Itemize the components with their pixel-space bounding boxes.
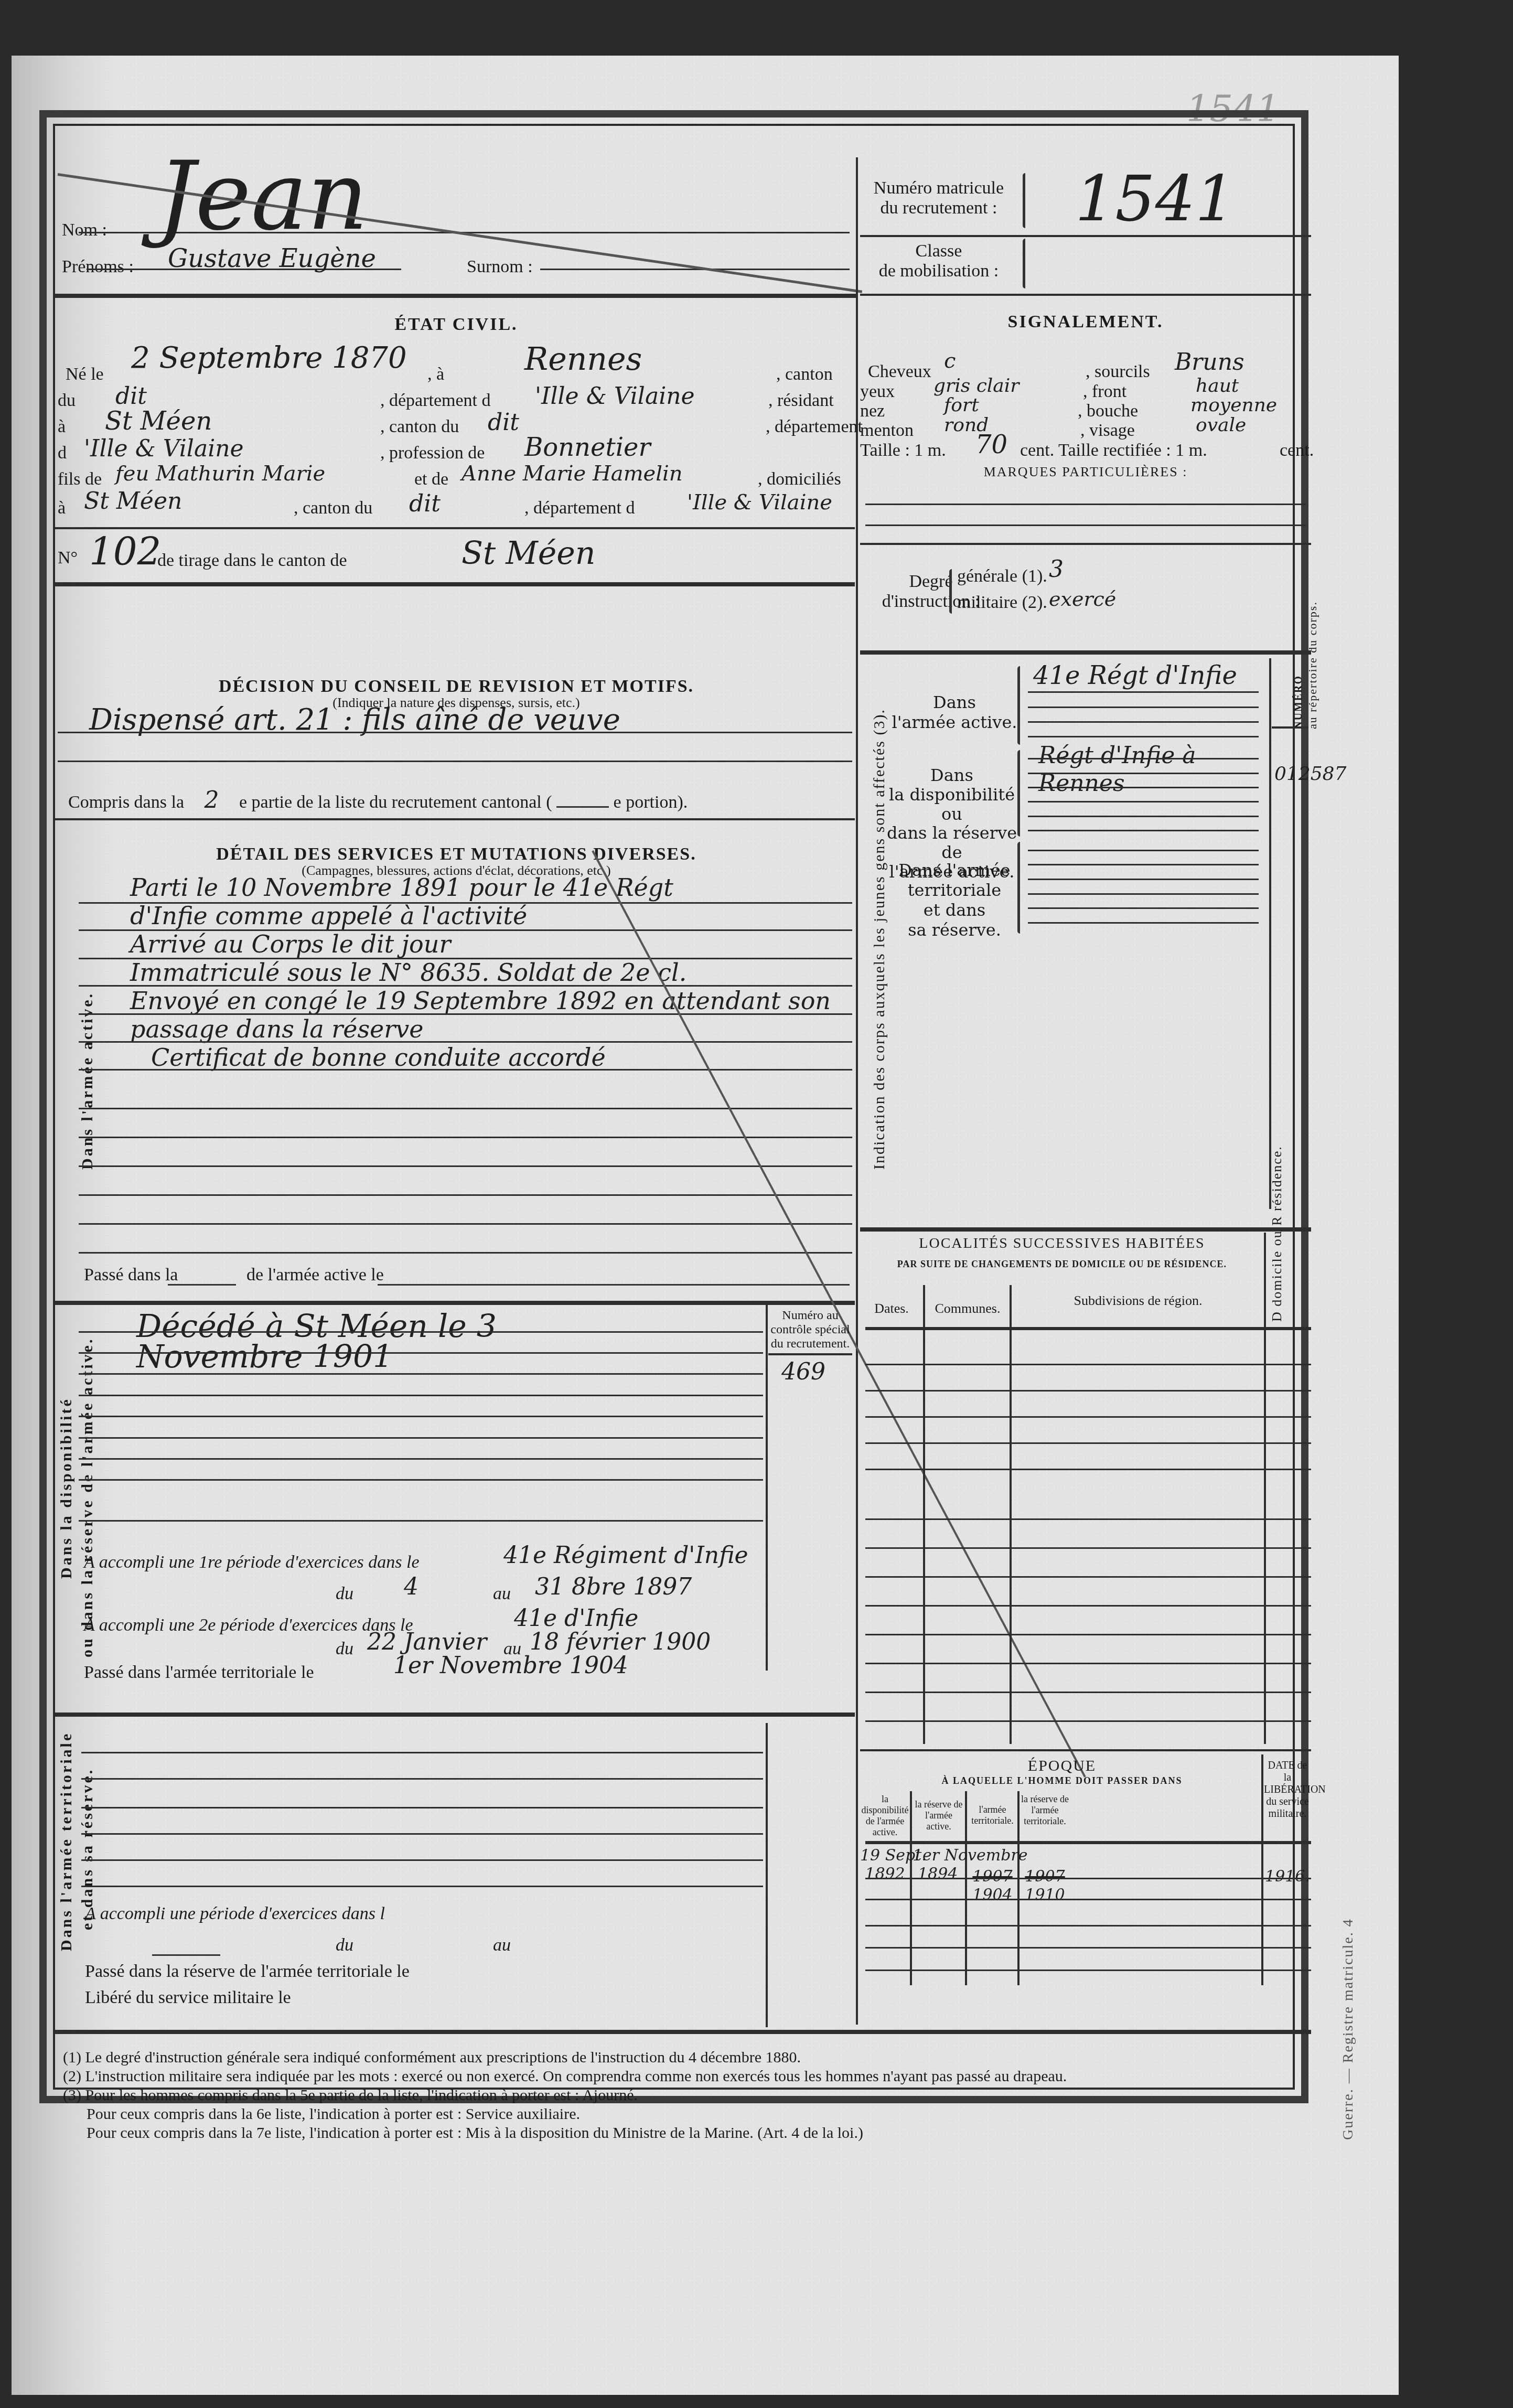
corps-disponibilite-value: Régt d'Infie à Rennes <box>1038 742 1259 798</box>
identity-bottom-rule <box>55 294 857 298</box>
services-line <box>79 929 852 931</box>
residant-label: , résidant <box>768 391 834 411</box>
corps-section-active-label: Dans l'armée active. <box>892 692 1017 732</box>
epoque-col-reserve-territoriale: la réserve de l'armée territoriale. <box>1020 1794 1070 1827</box>
services-line <box>79 1013 852 1015</box>
corps-active-value: 41e Régt d'Infie <box>1033 661 1237 690</box>
services-line <box>79 1252 852 1254</box>
domicilies-label: , domiciliés <box>758 469 841 489</box>
footnotes: (1) Le degré d'instruction générale sera… <box>63 2048 1067 2143</box>
brace <box>949 569 952 614</box>
corps-numero-divider <box>1269 658 1271 1209</box>
residant-a-label: à <box>58 417 66 437</box>
services-line <box>79 985 852 987</box>
marques-line-1 <box>865 504 1306 505</box>
footnote-2: (2) L'instruction militaire sera indiqué… <box>63 2067 1067 2086</box>
decision-line-1 <box>58 732 852 733</box>
canton3-label: , canton du <box>294 498 372 518</box>
corps-line <box>1028 864 1259 865</box>
visage-value: ovale <box>1196 414 1246 436</box>
epoque-title: ÉPOQUE <box>860 1757 1264 1775</box>
generale-label: générale (1). <box>957 566 1047 586</box>
compris-label-1: Compris dans la <box>68 793 184 812</box>
corps-line <box>1028 830 1259 831</box>
localites-row <box>865 1634 1311 1635</box>
localites-row <box>865 1469 1311 1470</box>
epoque-col-territoriale: l'armée territoriale. <box>968 1804 1017 1826</box>
services-line <box>79 1194 852 1196</box>
yeux-label: yeux <box>860 382 895 402</box>
domicile-value: St Méen <box>84 488 182 515</box>
reserve-line: Novembre 1901 <box>136 1342 497 1372</box>
cheveux-value: c <box>944 349 956 373</box>
militaire-value: exercé <box>1049 587 1116 611</box>
localites-col-divider <box>923 1285 925 1744</box>
epoque-value-line2: 1892 <box>860 1865 910 1883</box>
footnote-3: (3) Pour les hommes compris dans la 5e p… <box>63 2086 1067 2105</box>
localites-col-divider <box>1010 1285 1012 1744</box>
periode2-du-label: du <box>336 1639 353 1659</box>
corps-line <box>1028 879 1259 880</box>
localites-header-rule <box>865 1327 1311 1330</box>
ne-le-label: Né le <box>66 365 104 384</box>
portion-blank <box>556 806 609 808</box>
territoriale-label: Passé dans l'armée territoriale le <box>84 1663 314 1683</box>
tirage-no-value: 102 <box>89 530 161 574</box>
col-dates: Dates. <box>860 1301 923 1317</box>
reserve-line-rule <box>79 1395 763 1396</box>
brace <box>1017 750 1020 837</box>
epoque-row <box>865 1878 1311 1879</box>
reserve-line-rule <box>79 1479 763 1481</box>
reserve-bottom-rule <box>55 1713 855 1717</box>
canton-value: dit <box>115 383 147 410</box>
services-line <box>79 1108 852 1109</box>
decision-bottom-rule <box>55 818 855 820</box>
canton-label: , canton <box>776 365 833 384</box>
cent-label: cent. <box>1280 441 1314 461</box>
corps-line <box>1028 707 1259 708</box>
reserve-line-rule <box>79 1520 763 1522</box>
territoriale-line <box>81 1807 763 1808</box>
epoque-value-line1: 19 Sept. <box>860 1846 910 1865</box>
localites-row <box>865 1364 1311 1365</box>
controle-label: Numéro au contrôle spécial du recrutemen… <box>768 1309 852 1351</box>
epoque-top-rule <box>860 1749 1311 1751</box>
epoque-col-divider <box>1017 1791 1020 1985</box>
du-label: du <box>58 391 76 411</box>
epoque-value-struck: 1907 <box>1020 1867 1070 1886</box>
compris-value: 2 <box>204 787 219 814</box>
corps-line <box>1028 922 1259 924</box>
service-line: Immatriculé sous le N° 8635. Soldat de 2… <box>130 958 831 987</box>
taille-value: 70 <box>975 430 1007 459</box>
corps-line <box>1028 801 1259 802</box>
brace <box>1023 173 1025 228</box>
epoque-value-struck: 1907 <box>968 1867 1017 1886</box>
departement3-value: 'Ille & Vilaine <box>687 490 832 515</box>
numero-label-line2: du recrutement : <box>860 198 1017 218</box>
matricule-rule <box>860 235 1311 237</box>
tirage-canton-label: de tirage dans le canton de <box>157 551 347 571</box>
departement-value: 'Ille & Vilaine <box>535 383 695 410</box>
territoriale-line <box>81 1859 763 1861</box>
instruction-bottom-rule <box>860 650 1311 655</box>
ne-le-value: 2 Septembre 1870 <box>131 341 407 375</box>
nez-value: fort <box>944 394 979 416</box>
corps-section-territoriale-label: Dans l'armée territoriale et dans sa rés… <box>886 860 1023 940</box>
service-line: d'Infie comme appelé à l'activité <box>130 902 831 930</box>
services-line <box>79 1069 852 1071</box>
reserve-line-rule <box>79 1458 763 1460</box>
epoque-subtitle: À LAQUELLE L'HOMME DOIT PASSER DANS <box>860 1775 1264 1786</box>
epoque-col-divider <box>965 1791 967 1985</box>
signalement-bottom-rule <box>860 543 1311 545</box>
taille-rectifiee-label: cent. Taille rectifiée : 1 m. <box>1020 441 1207 461</box>
register-caption: Guerre. — Registre matricule. 4 <box>1340 1918 1357 2140</box>
bouche-value: moyenne <box>1190 394 1277 416</box>
compris-label-2: e partie de la liste du recrutement cant… <box>239 793 552 812</box>
departement-label: , département d <box>380 391 491 411</box>
profession-value: Bonnetier <box>524 433 650 462</box>
surnom-line <box>540 269 850 270</box>
controle-divider <box>766 1303 768 1671</box>
cheveux-label: Cheveux <box>868 362 931 382</box>
corps-disponibilite-numero: 012587 <box>1274 763 1346 785</box>
footnote-1: (1) Le degré d'instruction générale sera… <box>63 2048 1067 2067</box>
periode1-value: 41e Régiment d'Infie <box>503 1542 748 1569</box>
localites-row <box>865 1547 1311 1549</box>
services-line <box>79 958 852 959</box>
numero-header-rule <box>1272 726 1308 729</box>
table-bottom-rule <box>55 2030 1311 2034</box>
numero-label-line1: Numéro matricule <box>860 178 1017 198</box>
corps-bottom-rule <box>860 1227 1311 1232</box>
brace <box>1023 239 1025 288</box>
periode1-du-value: 4 <box>404 1574 419 1600</box>
services-line <box>79 1165 852 1167</box>
controle-value: 469 <box>781 1358 825 1385</box>
periode1-du-label: du <box>336 1584 353 1604</box>
localites-row <box>865 1442 1311 1444</box>
generale-value: 3 <box>1049 556 1064 583</box>
decision-title: DÉCISION DU CONSEIL DE REVISION ET MOTIF… <box>58 677 855 697</box>
epoque-value-corrected: 1904 <box>968 1886 1017 1904</box>
reserve-line: Décédé à St Méen le 3 <box>136 1311 497 1342</box>
d-label: d <box>58 443 67 463</box>
periode1-label: A accompli une 1re période d'exercices d… <box>84 1553 420 1572</box>
marques-label: MARQUES PARTICULIÈRES : <box>860 464 1311 480</box>
corps-line <box>1028 721 1259 723</box>
canton2-value: dit <box>488 409 519 436</box>
de-larmee-active-label: de l'armée active le <box>246 1265 384 1285</box>
visage-label: , visage <box>1080 421 1135 441</box>
services-line <box>79 902 852 904</box>
corps-line <box>1028 758 1259 759</box>
fils-de-label: fils de <box>58 469 102 489</box>
militaire-label: militaire (2). <box>957 593 1047 613</box>
corps-line <box>1028 787 1259 788</box>
localites-title: LOCALITÉS SUCCESSIVES HABITÉES <box>860 1235 1264 1252</box>
service-line: Parti le 10 Novembre 1891 pour le 41e Ré… <box>130 873 831 902</box>
passe-blank-2 <box>378 1265 850 1286</box>
controle-rule <box>768 1353 852 1355</box>
numero-matricule-value: 1541 <box>1075 163 1235 236</box>
etat-civil-title: ÉTAT CIVIL. <box>58 315 855 335</box>
nez-label: nez <box>860 401 885 421</box>
epoque-col-disponibilite: la disponibilité de l'armée active. <box>860 1794 910 1838</box>
epoque-value-line1: 1er Novembre <box>913 1846 1017 1865</box>
service-line: Envoyé en congé le 19 Septembre 1892 en … <box>130 987 831 1015</box>
service-line: passage dans la réserve <box>130 1015 831 1043</box>
passe-dans-la-label: Passé dans la <box>84 1265 178 1285</box>
epoque-col-reserve-active: la réserve de l'armée active. <box>913 1799 965 1832</box>
periode2-value: 41e d'Infie <box>514 1605 638 1632</box>
reserve-line-rule <box>79 1373 763 1375</box>
periode1-au-label: au <box>493 1584 511 1604</box>
departement2-label: , département <box>766 417 863 437</box>
compris-label-3: e portion). <box>614 793 688 812</box>
yeux-value: gris clair <box>933 375 1020 397</box>
mere-value: Anne Marie Hamelin <box>462 462 683 486</box>
services-line <box>79 1137 852 1138</box>
brace <box>1017 666 1020 745</box>
localites-row <box>865 1390 1311 1392</box>
nom-value: Jean <box>157 142 368 251</box>
localites-row <box>865 1576 1311 1578</box>
services-line <box>79 1041 852 1043</box>
residant-value: St Méen <box>105 406 212 436</box>
departement3-label: , département d <box>524 498 635 518</box>
corps-line <box>1028 691 1259 693</box>
numero-label: NUMÉRO <box>1293 675 1305 729</box>
corps-line <box>1028 907 1259 909</box>
numero-matricule-label: Numéro matricule du recrutement : <box>860 178 1017 218</box>
reserve-lines: Décédé à St Méen le 3 Novembre 1901 <box>136 1311 497 1372</box>
liberation-value: 1916. <box>1264 1867 1311 1886</box>
epoque-header-rule <box>865 1841 1311 1844</box>
corps-line <box>1028 773 1259 774</box>
periode2-du-value: 22 Janvier <box>367 1629 487 1655</box>
canton3-value: dit <box>409 490 441 517</box>
corps-line <box>1028 816 1259 817</box>
territoriale-line <box>81 1886 763 1887</box>
epoque-col-divider <box>910 1791 912 1985</box>
brace <box>1017 842 1020 934</box>
territoriale-reserve-label: Passé dans la réserve de l'armée territo… <box>85 1962 410 1982</box>
territoriale-line <box>81 1752 763 1753</box>
periode2-au-value: 18 février 1900 <box>530 1629 711 1655</box>
territoriale-du-label: du <box>336 1935 353 1955</box>
prenoms-label: Prénoms : <box>62 257 134 277</box>
signalement-title: SIGNALEMENT. <box>860 312 1311 332</box>
footnote-3b: Pour ceux compris dans la 6e liste, l'in… <box>63 2105 1067 2124</box>
col-subdivisions: Subdivisions de région. <box>1012 1293 1264 1309</box>
epoque-row <box>865 1925 1311 1927</box>
epoque-row <box>865 1970 1311 1971</box>
col-communes: Communes. <box>926 1301 1010 1317</box>
territoriale-au-label: au <box>493 1935 511 1955</box>
periode2-label: A accompli une 2e période d'exercices da… <box>84 1615 413 1635</box>
localites-subtitle: PAR SUITE DE CHANGEMENTS DE DOMICILE OU … <box>860 1259 1264 1270</box>
col-domicile: D domicile ou R résidence. <box>1269 1233 1285 1322</box>
localites-divider <box>1264 1233 1266 1744</box>
tirage-canton-value: St Méen <box>462 535 595 572</box>
classe-label-line1: Classe <box>860 241 1017 261</box>
surnom-label: Surnom : <box>467 257 533 277</box>
front-label: , front <box>1083 382 1126 402</box>
epoque-value-corrected: 1910 <box>1020 1886 1070 1904</box>
passe-blank-1 <box>168 1265 236 1286</box>
marques-line-2 <box>865 525 1306 526</box>
birthplace-value: Rennes <box>524 341 642 378</box>
sourcils-label: , sourcils <box>1086 362 1150 382</box>
footnote-3c: Pour ceux compris dans la 7e liste, l'in… <box>63 2124 1067 2143</box>
epoque-date-divider <box>1261 1754 1263 1985</box>
reserve-line-rule <box>79 1416 763 1417</box>
sourcils-value: Bruns <box>1175 349 1244 376</box>
a-label: , à <box>427 365 444 384</box>
services-line <box>79 1223 852 1225</box>
services-title: DÉTAIL DES SERVICES ET MUTATIONS DIVERSE… <box>58 844 855 864</box>
reserve-line-rule <box>79 1437 763 1439</box>
corps-line <box>1028 850 1259 851</box>
localites-row <box>865 1518 1311 1520</box>
corps-line <box>1028 736 1259 737</box>
canton-du-label: , canton du <box>380 417 459 437</box>
repertoire-label: au répertoire du corps. <box>1306 601 1319 729</box>
localites-row <box>865 1663 1311 1664</box>
localites-row <box>865 1605 1311 1607</box>
epoque-date-liberation-title: DATE de la LIBÉRATION du service militai… <box>1264 1760 1311 1820</box>
prenoms-value: Gustave Eugène <box>168 244 376 273</box>
territoriale-side-label-1: Dans l'armée territoriale <box>58 1732 76 1951</box>
epoque-row <box>865 1947 1311 1949</box>
libere-label: Libéré du service militaire le <box>85 1988 291 2008</box>
classe-label: Classe de mobilisation : <box>860 241 1017 281</box>
front-value: haut <box>1196 375 1239 397</box>
nom-label: Nom : <box>62 220 107 240</box>
territoriale-divider <box>766 1723 768 2027</box>
classe-label-line2: de mobilisation : <box>860 261 1017 281</box>
epoque-row <box>865 1899 1311 1900</box>
service-line: Certificat de bonne conduite accordé <box>130 1043 831 1072</box>
reserve-side-label-1: Dans la disponibilité <box>58 1397 76 1579</box>
compris-label: Compris dans la 2 e partie de la liste d… <box>68 787 688 814</box>
localites-row <box>865 1416 1311 1418</box>
services-bottom-rule <box>55 1301 855 1305</box>
localites-row <box>865 1720 1311 1722</box>
territoriale-line <box>81 1833 763 1835</box>
services-side-label: Dans l'armée active. <box>79 992 96 1170</box>
departement2-value: 'Ille & Vilaine <box>84 435 244 462</box>
etat-civil-bottom-rule <box>55 527 855 529</box>
tirage-bottom-rule <box>55 582 855 586</box>
reserve-line-rule <box>79 1352 763 1354</box>
menton-label: menton <box>860 421 914 441</box>
reserve-side-label-2: ou dans la réserve de l'armée active. <box>79 1337 96 1657</box>
domicile-a-label: à <box>58 498 66 518</box>
decision-line-2 <box>58 761 852 762</box>
classe-rule <box>860 294 1311 296</box>
territoriale-line <box>81 1778 763 1780</box>
corps-line <box>1028 893 1259 895</box>
taille-label: Taille : 1 m. <box>860 441 946 461</box>
territoriale-value: 1er Novembre 1904 <box>393 1652 628 1679</box>
bouche-label: , bouche <box>1078 401 1138 421</box>
localites-row <box>865 1692 1311 1693</box>
service-line: Arrivé au Corps le dit jour <box>130 930 831 958</box>
pere-value: feu Mathurin Marie <box>115 462 325 486</box>
reserve-line-rule <box>79 1331 763 1333</box>
territoriale-periode-label: A accompli une période d'exercices dans … <box>85 1904 385 1924</box>
periode1-au-value: 31 8bre 1897 <box>535 1574 692 1600</box>
column-divider <box>856 157 858 2025</box>
tirage-no-label: N° <box>58 548 78 568</box>
profession-label: , profession de <box>380 443 485 463</box>
et-de-label: et de <box>414 469 448 489</box>
territoriale-blank <box>152 1935 220 1956</box>
